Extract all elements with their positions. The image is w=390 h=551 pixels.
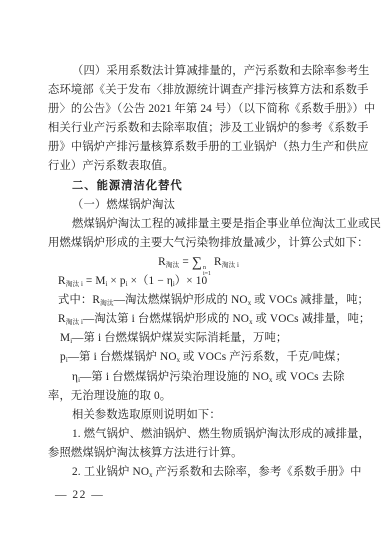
item-1-line-2: 参照燃煤锅炉淘汰核算方法进行计算。 <box>48 444 349 463</box>
document-lines: （四）采用系数法计算减排量的，产污系数和去除率参考生态环境部《关于发布〈排放源统… <box>48 62 349 482</box>
para-coefficient-method-line-4: 相关行业产污系数和去除率取值；涉及工业锅炉的参考《系数手 <box>48 119 349 138</box>
def-R-i: R淘汰 i—淘汰第 i 台燃煤锅炉形成的 NOx 或 VOCs 减排量，吨； <box>48 310 349 329</box>
heading-energy-clean-substitution: 二、能源清洁化替代 <box>48 177 349 196</box>
def-p-i: pi—第 i 台燃煤锅炉 NOx 或 VOCs 产污系数，千克/吨煤； <box>48 348 349 367</box>
para-elimination-line-1: 燃煤锅炉淘汰工程的减排量主要是指企事业单位淘汰工业或民 <box>48 215 349 234</box>
item-1-line-1: 1. 燃气锅炉、燃油锅炉、燃生物质锅炉淘汰形成的减排量， <box>48 425 349 444</box>
page-number: — 22 — <box>55 489 104 501</box>
def-M-i: Mi—第 i 台燃煤锅炉煤炭实际消耗量，万吨； <box>48 329 349 348</box>
para-elimination-line-2: 用燃煤锅炉形成的主要大气污染物排放量减少，计算公式如下： <box>48 234 349 253</box>
def-eta-i-line-2: 率，无治理设施的取 0。 <box>48 387 349 406</box>
document-page: （四）采用系数法计算减排量的，产污系数和去除率参考生态环境部《关于发布〈排放源统… <box>0 0 390 551</box>
para-coefficient-method-line-5: 册》中锅炉产排污量核算系数手册的工业锅炉（热力生产和供应 <box>48 138 349 157</box>
para-coefficient-method-line-6: 行业）产污系数表取值。 <box>48 157 349 176</box>
para-coefficient-method-line-2: 态环境部《关于发布〈排放源统计调查产排污核算方法和系数手 <box>48 81 349 100</box>
para-parameter-rules: 相关参数选取原则说明如下： <box>48 406 349 425</box>
def-R-total: 式中：R淘汰—淘汰燃煤锅炉形成的 NOx 或 VOCs 减排量，吨； <box>48 291 349 310</box>
subheading-coal-boiler-elimination: （一）燃煤锅炉淘汰 <box>48 196 349 215</box>
item-2-line-1: 2. 工业锅炉 NOx 产污系数和去除率，参考《系数手册》中 <box>48 463 349 482</box>
para-coefficient-method-line-3: 册〉的公告》（公告 2021 年第 24 号）（以下简称《系数手册》）中 <box>48 100 349 119</box>
formula-per-boiler-reduction: R淘汰 i = Mi × pi ×（1 − ηi）× 10 <box>48 272 349 291</box>
formula-total-reduction: R淘汰 = ∑ni=1 R淘汰 i <box>48 253 349 272</box>
para-coefficient-method-line-1: （四）采用系数法计算减排量的，产污系数和去除率参考生 <box>48 62 349 81</box>
def-eta-i-line-1: ηi—第 i 台燃煤锅炉污染治理设施的 NOx 或 VOCs 去除 <box>48 368 349 387</box>
